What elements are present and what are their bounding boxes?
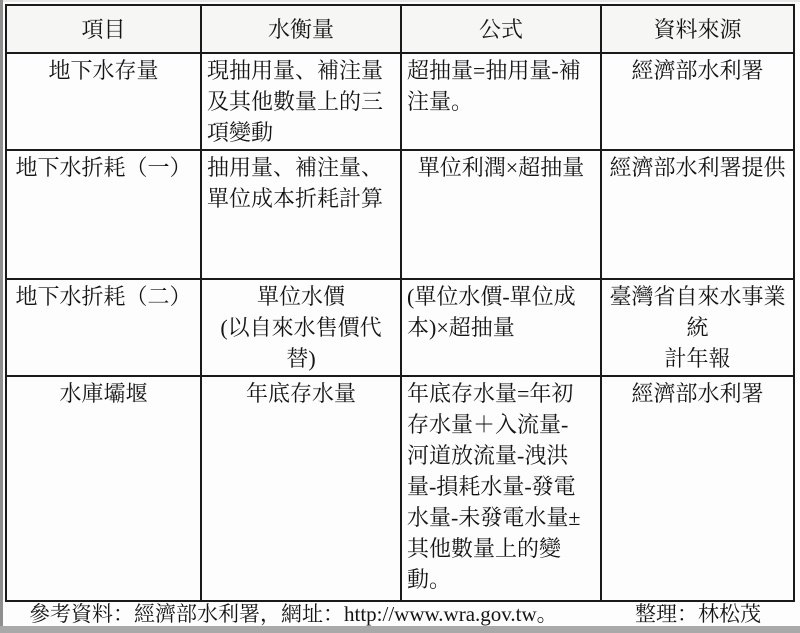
table-row: 地下水折耗（二） 單位水價 (以自來水售價代 替) (單位水價-單位成 本)×超… <box>6 279 794 376</box>
cell-formula: (單位水價-單位成 本)×超抽量 <box>401 279 601 376</box>
column-header-measure: 水衡量 <box>201 5 401 53</box>
water-accounting-table: 項目 水衡量 公式 資料來源 地下水存量 現抽用量、補注量 及其他數量上的三 項… <box>5 4 795 602</box>
column-header-item: 項目 <box>6 5 201 53</box>
cell-formula: 單位利潤×超抽量 <box>401 150 601 279</box>
footer: 參考資料：經濟部水利署，網址：http://www.wra.gov.tw。 整理… <box>5 601 793 627</box>
page-left-edge <box>0 0 3 633</box>
bottom-gray-bar <box>0 626 800 633</box>
cell-item: 水庫壩堰 <box>6 376 201 601</box>
cell-source: 經濟部水利署 <box>601 376 794 601</box>
cell-measure: 單位水價 (以自來水售價代 替) <box>201 279 401 376</box>
cell-formula: 超抽量=抽用量-補 注量。 <box>401 53 601 150</box>
cell-item: 地下水折耗（二） <box>6 279 201 376</box>
column-header-source: 資料來源 <box>601 5 794 53</box>
cell-measure: 現抽用量、補注量 及其他數量上的三 項變動 <box>201 53 401 150</box>
document-page: 項目 水衡量 公式 資料來源 地下水存量 現抽用量、補注量 及其他數量上的三 項… <box>0 0 800 633</box>
reference-note: 參考資料：經濟部水利署，網址：http://www.wra.gov.tw。 <box>5 602 558 626</box>
table-row: 水庫壩堰 年底存水量 年底存水量=年初 存水量＋入流量- 河道放流量-洩洪 量-… <box>6 376 794 601</box>
table-row: 地下水折耗（一） 抽用量、補注量、 單位成本折耗計算 單位利潤×超抽量 經濟部水… <box>6 150 794 279</box>
page-top-edge <box>0 0 800 2</box>
cell-measure: 年底存水量 <box>201 376 401 601</box>
header-row: 項目 水衡量 公式 資料來源 <box>6 5 794 53</box>
cell-item: 地下水折耗（一） <box>6 150 201 279</box>
cell-source: 臺灣省自來水事業 統 計年報 <box>601 279 794 376</box>
cell-source: 經濟部水利署提供 <box>601 150 794 279</box>
table-row: 地下水存量 現抽用量、補注量 及其他數量上的三 項變動 超抽量=抽用量-補 注量… <box>6 53 794 150</box>
column-header-formula: 公式 <box>401 5 601 53</box>
compiler-note: 整理：林松茂 <box>635 602 793 626</box>
cell-source: 經濟部水利署 <box>601 53 794 150</box>
cell-formula: 年底存水量=年初 存水量＋入流量- 河道放流量-洩洪 量-損耗水量-發電 水量-… <box>401 376 601 601</box>
cell-item: 地下水存量 <box>6 53 201 150</box>
cell-measure: 抽用量、補注量、 單位成本折耗計算 <box>201 150 401 279</box>
